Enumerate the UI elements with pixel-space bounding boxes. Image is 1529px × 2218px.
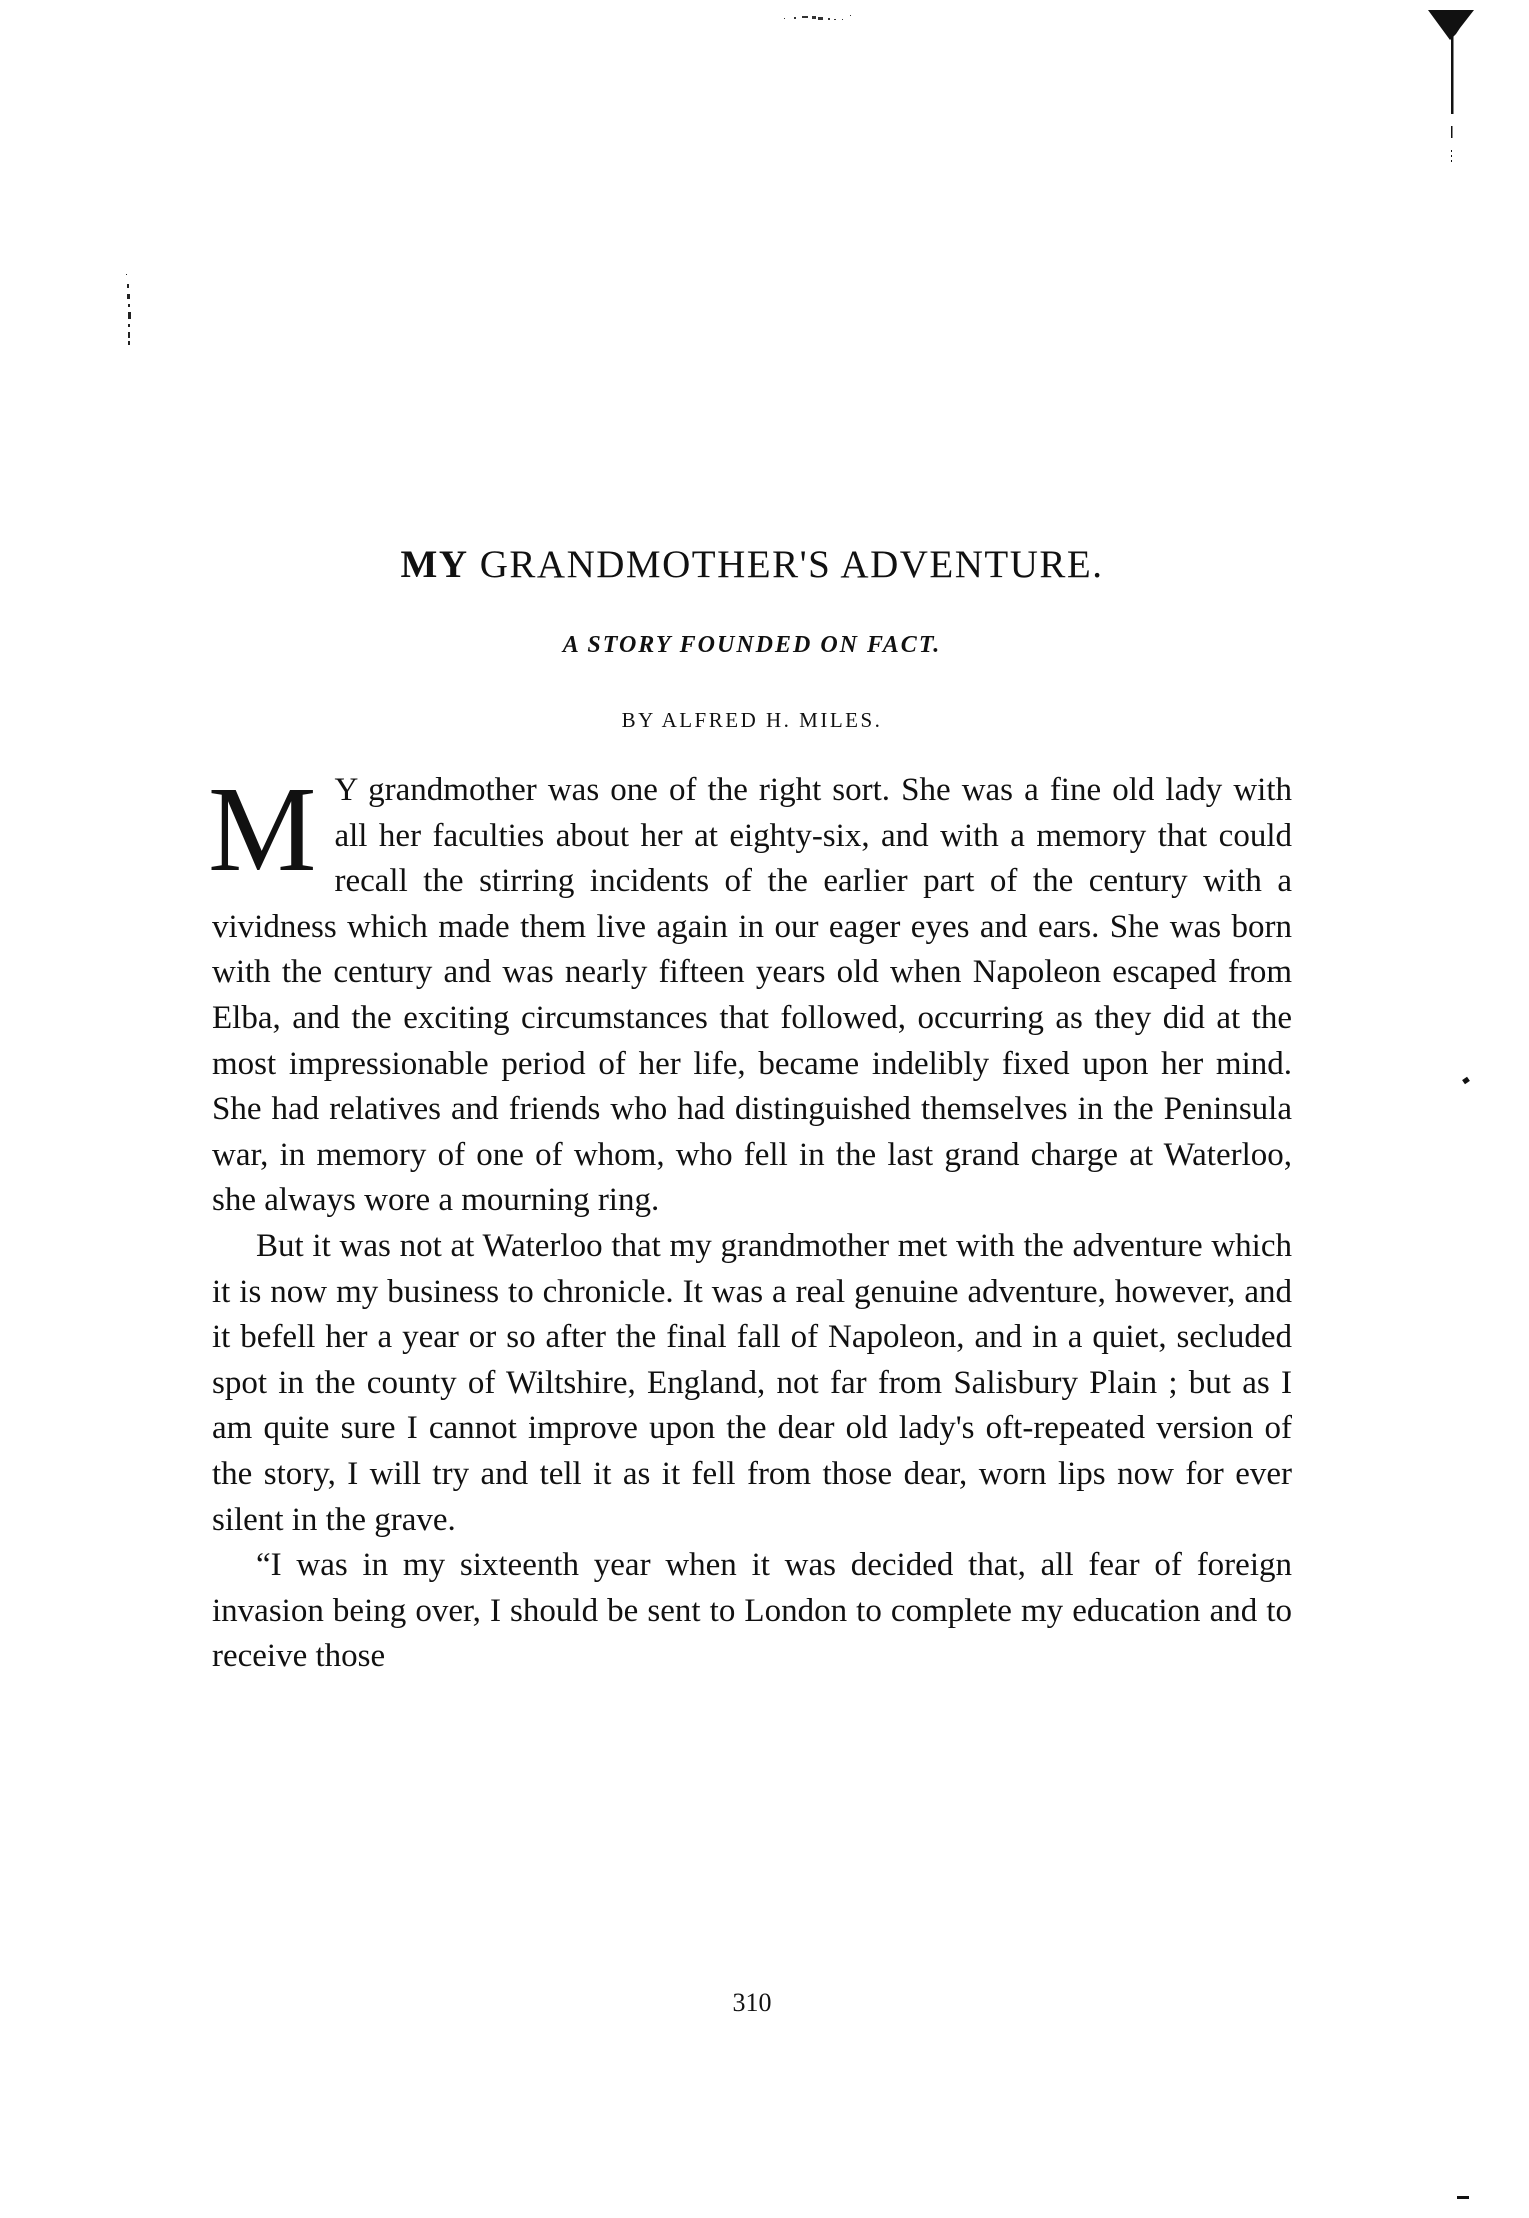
binding-mark-icon (1428, 8, 1478, 178)
page-number: 310 (212, 1988, 1292, 2018)
scan-speck (1462, 1077, 1470, 1085)
paragraph-1: MY grandmother was one of the right sort… (212, 768, 1292, 1224)
scan-specks-icon (780, 10, 880, 26)
article-body: MY grandmother was one of the right sort… (212, 768, 1292, 1680)
paragraph-3: “I was in my sixteenth year when it was … (212, 1543, 1292, 1680)
author-byline: BY ALFRED H. MILES. (212, 705, 1292, 735)
article-subtitle: A STORY FOUNDED ON FACT. (212, 630, 1292, 660)
title-lead: MY (401, 543, 469, 586)
scan-speck (1457, 2196, 1469, 2199)
article-title: MY GRANDMOTHER'S ADVENTURE. (212, 540, 1292, 590)
paragraph-1-text: Y grandmother was one of the right sort.… (212, 772, 1292, 1218)
title-rest: GRANDMOTHER'S ADVENTURE. (469, 543, 1104, 586)
drop-cap: M (208, 780, 316, 884)
scan-specks-icon (124, 272, 134, 348)
paragraph-2: But it was not at Waterloo that my grand… (212, 1224, 1292, 1543)
scanned-page: MY GRANDMOTHER'S ADVENTURE. A STORY FOUN… (0, 0, 1529, 2218)
